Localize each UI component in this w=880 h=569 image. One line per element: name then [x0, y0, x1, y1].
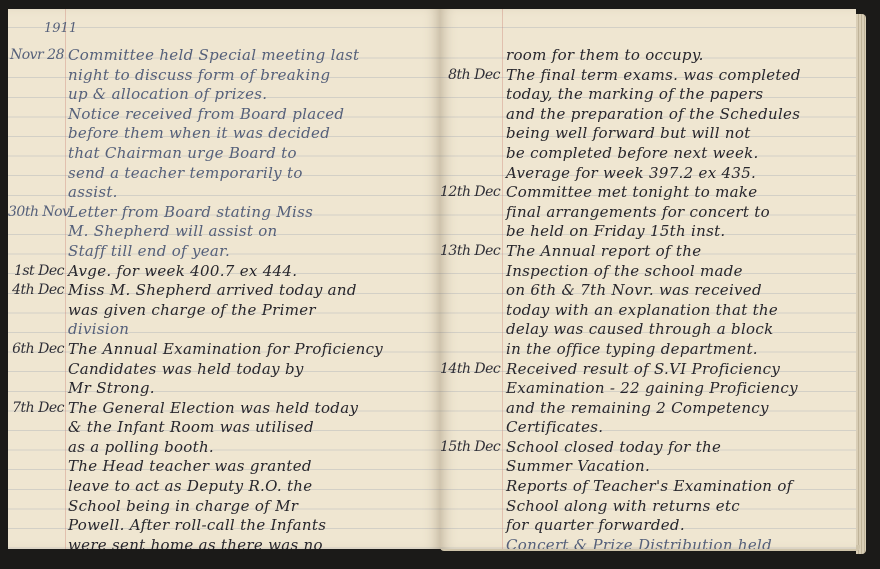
log-line: and the remaining 2 Competency [440, 400, 856, 420]
entry-text: leave to act as Deputy R.O. the [68, 477, 434, 495]
entry-text: Letter from Board stating Miss [68, 203, 434, 221]
log-line: 4th DecMiss M. Shepherd arrived today an… [8, 282, 440, 302]
log-line: 14th DecReceived result of S.VI Proficie… [440, 361, 856, 381]
log-line: School along with returns etc [440, 498, 856, 518]
open-logbook: 1911 Novr 28Committee held Special meeti… [0, 0, 880, 569]
entry-text: M. Shepherd will assist on [68, 222, 434, 240]
log-line: assist. [8, 184, 440, 204]
entry-text: & the Infant Room was utilised [68, 418, 434, 436]
entry-text: be completed before next week. [506, 144, 850, 162]
entry-text: were sent home as there was no [68, 536, 434, 549]
log-line: delay was caused through a block [440, 321, 856, 341]
entry-text: Powell. After roll-call the Infants [68, 516, 434, 534]
page-edges [856, 14, 866, 554]
left-page-entries: Novr 28Committee held Special meeting la… [8, 47, 440, 549]
log-line: Candidates was held today by [8, 361, 440, 381]
entry-text: today with an explanation that the [506, 301, 850, 319]
log-line: 8th DecThe final term exams. was complet… [440, 67, 856, 87]
entry-date: 15th Dec [440, 439, 500, 455]
log-line: being well forward but will not [440, 125, 856, 145]
right-page: room for them to occupy.8th DecThe final… [440, 9, 856, 549]
entry-text: Received result of S.VI Proficiency [506, 360, 850, 378]
entry-text: up & allocation of prizes. [68, 85, 434, 103]
entry-text: Mr Strong. [68, 379, 434, 397]
log-line: Summer Vacation. [440, 458, 856, 478]
entry-text: Certificates. [506, 418, 850, 436]
log-line: 15th DecSchool closed today for the [440, 439, 856, 459]
entry-text: Reports of Teacher's Examination of [506, 477, 850, 495]
entry-date: 8th Dec [440, 67, 500, 83]
log-line: division [8, 321, 440, 341]
entry-text: Summer Vacation. [506, 457, 850, 475]
entry-text: being well forward but will not [506, 124, 850, 142]
log-line: Average for week 397.2 ex 435. [440, 165, 856, 185]
log-line: for quarter forwarded. [440, 517, 856, 537]
log-line: Reports of Teacher's Examination of [440, 478, 856, 498]
log-line: M. Shepherd will assist on [8, 223, 440, 243]
entry-text: Committee held Special meeting last [68, 46, 434, 64]
log-line: be held on Friday 15th inst. [440, 223, 856, 243]
log-line: 6th DecThe Annual Examination for Profic… [8, 341, 440, 361]
log-line: today with an explanation that the [440, 302, 856, 322]
entry-text: assist. [68, 183, 434, 201]
log-line: were sent home as there was no [8, 537, 440, 549]
entry-text: was given charge of the Primer [68, 301, 434, 319]
log-line: up & allocation of prizes. [8, 86, 440, 106]
entry-date: 4th Dec [8, 282, 64, 298]
entry-text: Committee met tonight to make [506, 183, 850, 201]
entry-text: today, the marking of the papers [506, 85, 850, 103]
entry-text: that Chairman urge Board to [68, 144, 434, 162]
entry-text: The Head teacher was granted [68, 457, 434, 475]
entry-text: School along with returns etc [506, 497, 850, 515]
entry-text: The Annual Examination for Proficiency [68, 340, 434, 358]
entry-text: The General Election was held today [68, 399, 434, 417]
entry-date: 1st Dec [8, 263, 64, 279]
entry-text: Notice received from Board placed [68, 105, 434, 123]
entry-text: delay was caused through a block [506, 320, 850, 338]
entry-date: Novr 28 [8, 47, 64, 63]
entry-text: before them when it was decided [68, 124, 434, 142]
entry-text: The Annual report of the [506, 242, 850, 260]
entry-text: room for them to occupy. [506, 46, 850, 64]
log-line: Staff till end of year. [8, 243, 440, 263]
entry-date: 13th Dec [440, 243, 500, 259]
entry-text: night to discuss form of breaking [68, 66, 434, 84]
entry-text: The final term exams. was completed [506, 66, 850, 84]
entry-text: on 6th & 7th Novr. was received [506, 281, 850, 299]
log-line: night to discuss form of breaking [8, 67, 440, 87]
left-page: 1911 Novr 28Committee held Special meeti… [8, 9, 440, 549]
log-line: Examination - 22 gaining Proficiency [440, 380, 856, 400]
entry-text: send a teacher temporarily to [68, 164, 434, 182]
log-line: 12th DecCommittee met tonight to make [440, 184, 856, 204]
log-line: Mr Strong. [8, 380, 440, 400]
log-line: Certificates. [440, 419, 856, 439]
log-line: in the office typing department. [440, 341, 856, 361]
entry-date: 7th Dec [8, 400, 64, 416]
entry-text: be held on Friday 15th inst. [506, 222, 850, 240]
entry-text: Examination - 22 gaining Proficiency [506, 379, 850, 397]
log-line: 7th DecThe General Election was held tod… [8, 400, 440, 420]
entry-text: School closed today for the [506, 438, 850, 456]
log-line: on 6th & 7th Novr. was received [440, 282, 856, 302]
entry-date: 14th Dec [440, 361, 500, 377]
entry-text: Inspection of the school made [506, 262, 850, 280]
log-line: be completed before next week. [440, 145, 856, 165]
entry-text: Avge. for week 400.7 ex 444. [68, 262, 434, 280]
log-line: today, the marking of the papers [440, 86, 856, 106]
entry-date: 12th Dec [440, 184, 500, 200]
log-line: that Chairman urge Board to [8, 145, 440, 165]
log-line: & the Infant Room was utilised [8, 419, 440, 439]
log-line: Powell. After roll-call the Infants [8, 517, 440, 537]
log-line: Notice received from Board placed [8, 106, 440, 126]
entry-text: Concert & Prize Distribution held [506, 536, 850, 549]
entry-text: Staff till end of year. [68, 242, 434, 260]
entry-date: 30th Nov [8, 204, 64, 220]
log-line: as a polling booth. [8, 439, 440, 459]
entry-text: in the office typing department. [506, 340, 850, 358]
log-line: 13th Dec The Annual report of the [440, 243, 856, 263]
log-line: 1st DecAvge. for week 400.7 ex 444. [8, 263, 440, 283]
entry-text: Miss M. Shepherd arrived today and [68, 281, 434, 299]
log-line: 30th Nov Letter from Board stating Miss [8, 204, 440, 224]
entry-text: School being in charge of Mr [68, 497, 434, 515]
log-line: send a teacher temporarily to [8, 165, 440, 185]
entry-text: as a polling booth. [68, 438, 434, 456]
entry-text: Candidates was held today by [68, 360, 434, 378]
right-page-entries: room for them to occupy.8th DecThe final… [440, 47, 856, 549]
log-line: leave to act as Deputy R.O. the [8, 478, 440, 498]
entry-text: and the remaining 2 Competency [506, 399, 850, 417]
log-line: was given charge of the Primer [8, 302, 440, 322]
log-line: before them when it was decided [8, 125, 440, 145]
log-line: Inspection of the school made [440, 263, 856, 283]
log-line: The Head teacher was granted [8, 458, 440, 478]
entry-text: division [68, 320, 434, 338]
entry-text: Average for week 397.2 ex 435. [506, 164, 850, 182]
entry-date: 6th Dec [8, 341, 64, 357]
log-line: Concert & Prize Distribution held [440, 537, 856, 549]
log-line: final arrangements for concert to [440, 204, 856, 224]
log-line: room for them to occupy. [440, 47, 856, 67]
log-line: and the preparation of the Schedules [440, 106, 856, 126]
log-line: Novr 28Committee held Special meeting la… [8, 47, 440, 67]
entry-text: final arrangements for concert to [506, 203, 850, 221]
entry-text: for quarter forwarded. [506, 516, 850, 534]
year-heading: 1911 [44, 21, 77, 36]
entry-text: and the preparation of the Schedules [506, 105, 850, 123]
log-line: School being in charge of Mr [8, 498, 440, 518]
